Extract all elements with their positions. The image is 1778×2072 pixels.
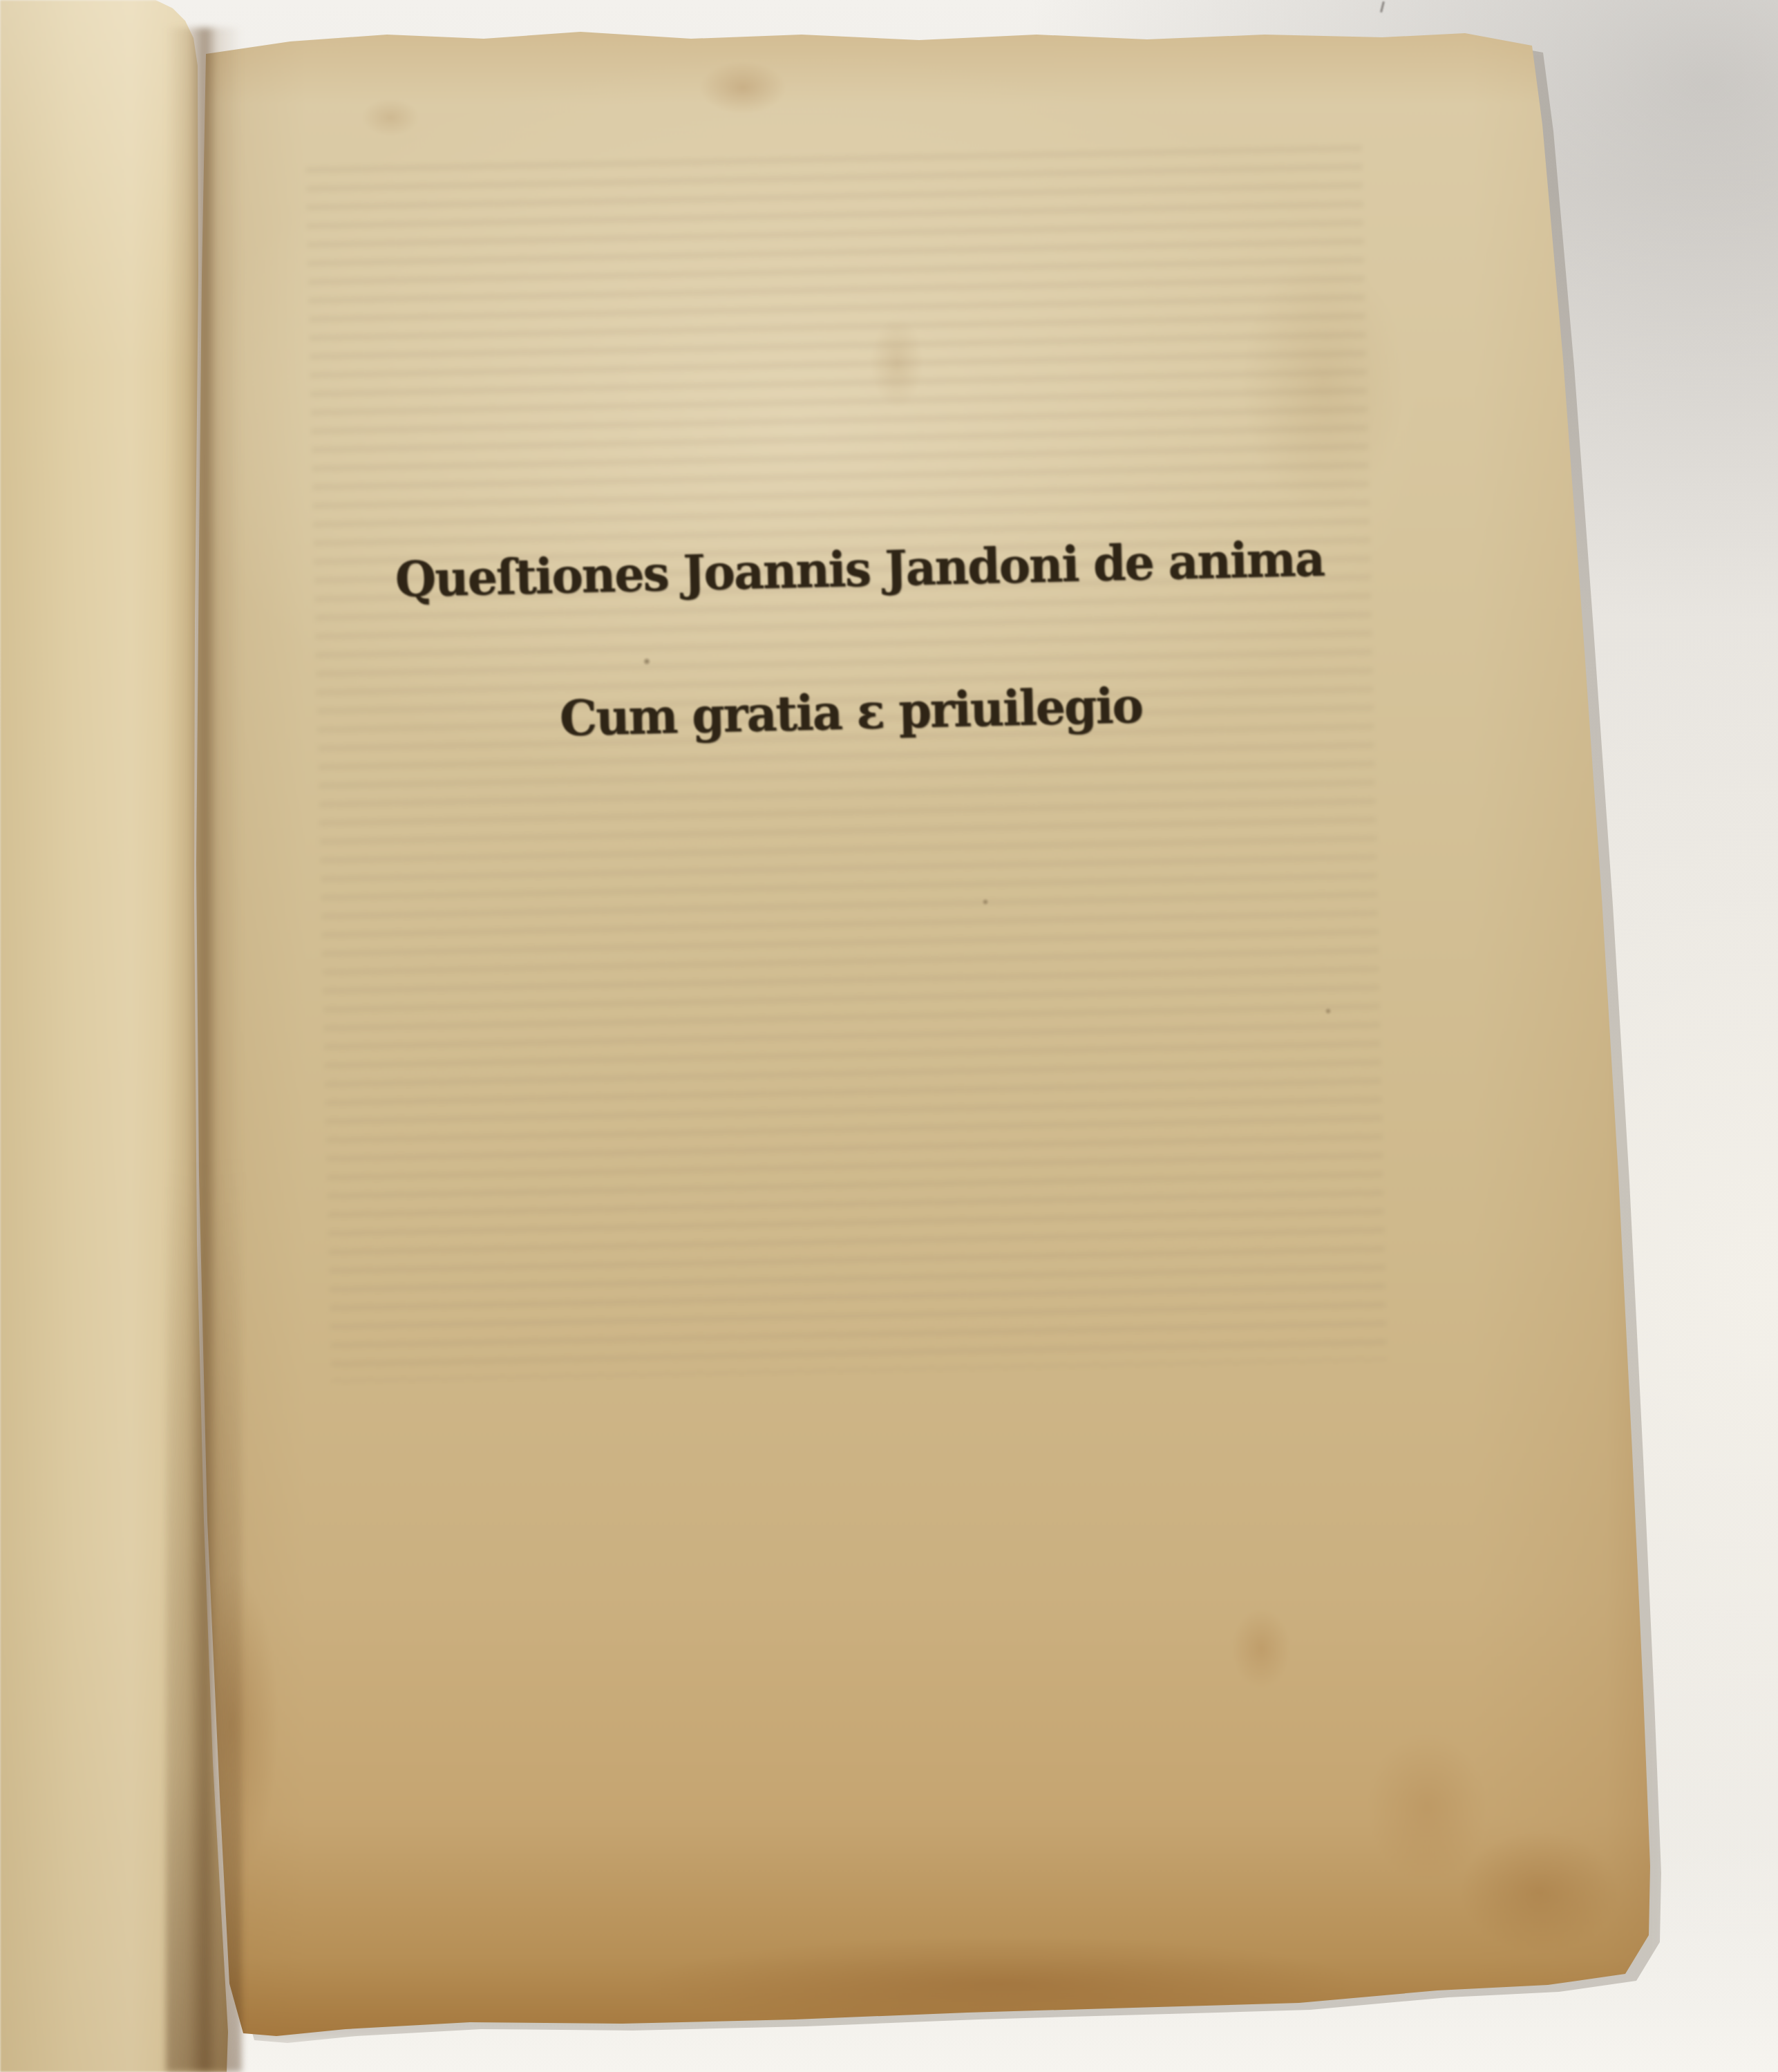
- dust-speck: [1380, 1, 1385, 12]
- title-page-leaf: Queſtiones Joannis Jandoni de anima Cum …: [173, 24, 1665, 2039]
- photo-backdrop: Queſtiones Joannis Jandoni de anima Cum …: [0, 0, 1778, 2072]
- stain-layer: [173, 24, 1665, 2039]
